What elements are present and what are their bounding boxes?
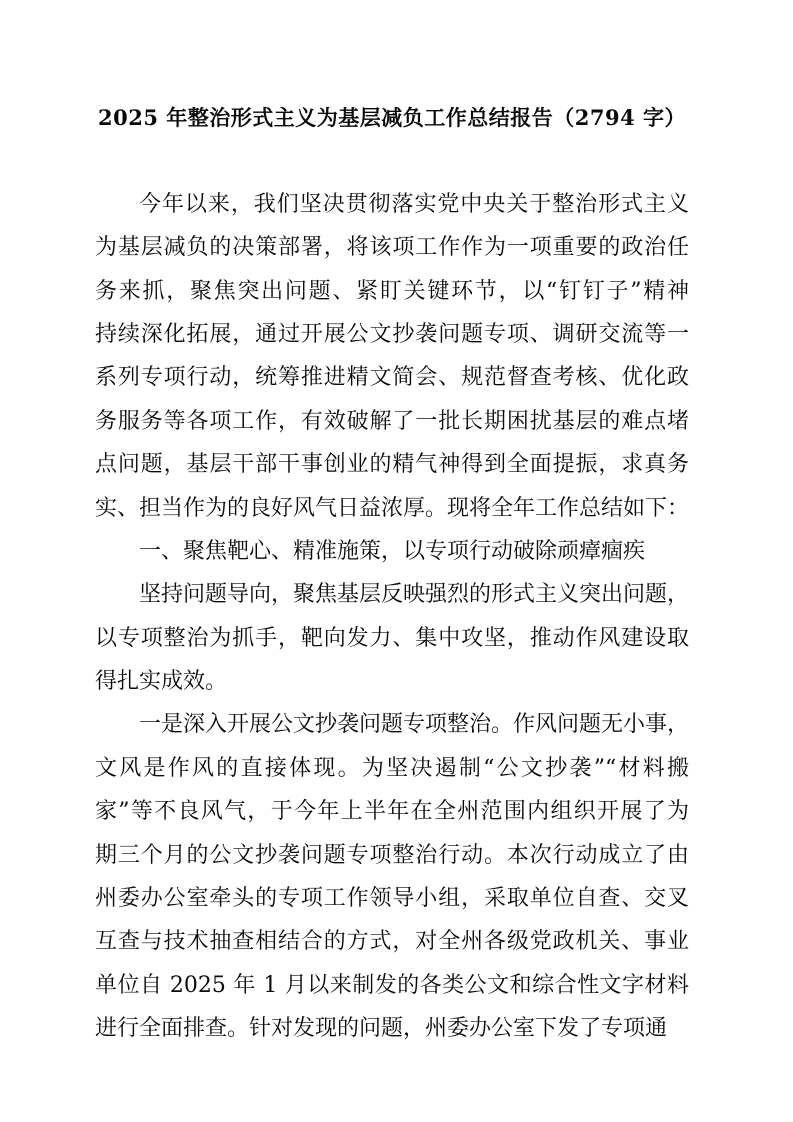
document-content: 2025 年整治形式主义为基层减负工作总结报告（2794 字） 今年以来，我们坚… [95,96,689,1051]
paragraph-line: 务服务等各项工作，有效破解了一批长期困扰基层的难点堵 [95,400,689,443]
document-body: 今年以来，我们坚决贯彻落实党中央关于整治形式主义为基层减负的决策部署，将该项工作… [95,183,689,1051]
paragraph-line: 以专项整治为抓手，靶向发力、集中攻坚，推动作风建设取 [95,617,689,660]
section-heading-line: 一、聚焦靶心、精准施策，以专项行动破除顽瘴痼疾 [95,530,689,573]
paragraph-line: 为基层减负的决策部署，将该项工作作为一项重要的政治任 [95,226,689,269]
document-page: 2025 年整治形式主义为基层减负工作总结报告（2794 字） 今年以来，我们坚… [0,0,793,1122]
paragraph-line: 持续深化拓展，通过开展公文抄袭问题专项、调研交流等一 [95,313,689,356]
paragraph-line: 单位自 2025 年 1 月以来制发的各类公文和综合性文字材料 [95,964,689,1007]
paragraph-line: 务来抓，聚焦突出问题、紧盯关键环节，以“钉钉子”精神 [95,270,689,313]
paragraph-line: 实、担当作为的良好风气日益浓厚。现将全年工作总结如下： [95,487,689,530]
paragraph-line: 州委办公室牵头的专项工作领导小组，采取单位自查、交叉 [95,877,689,920]
paragraph-line: 文风是作风的直接体现。为坚决遏制“公文抄袭”“材料搬 [95,747,689,790]
paragraph-line: 一是深入开展公文抄袭问题专项整治。作风问题无小事， [95,703,689,746]
paragraph-line: 互查与技术抽查相结合的方式，对全州各级党政机关、事业 [95,920,689,963]
paragraph-line: 得扎实成效。 [95,660,689,703]
paragraph-line: 期三个月的公文抄袭问题专项整治行动。本次行动成立了由 [95,834,689,877]
paragraph-line: 进行全面排查。针对发现的问题，州委办公室下发了专项通 [95,1007,689,1050]
paragraph-line: 家”等不良风气，于今年上半年在全州范围内组织开展了为 [95,790,689,833]
document-title: 2025 年整治形式主义为基层减负工作总结报告（2794 字） [95,96,689,139]
paragraph-line: 点问题，基层干部干事创业的精气神得到全面提振，求真务 [95,443,689,486]
paragraph-line: 今年以来，我们坚决贯彻落实党中央关于整治形式主义 [95,183,689,226]
paragraph-line: 坚持问题导向，聚焦基层反映强烈的形式主义突出问题， [95,573,689,616]
paragraph-line: 系列专项行动，统筹推进精文简会、规范督查考核、优化政 [95,356,689,399]
